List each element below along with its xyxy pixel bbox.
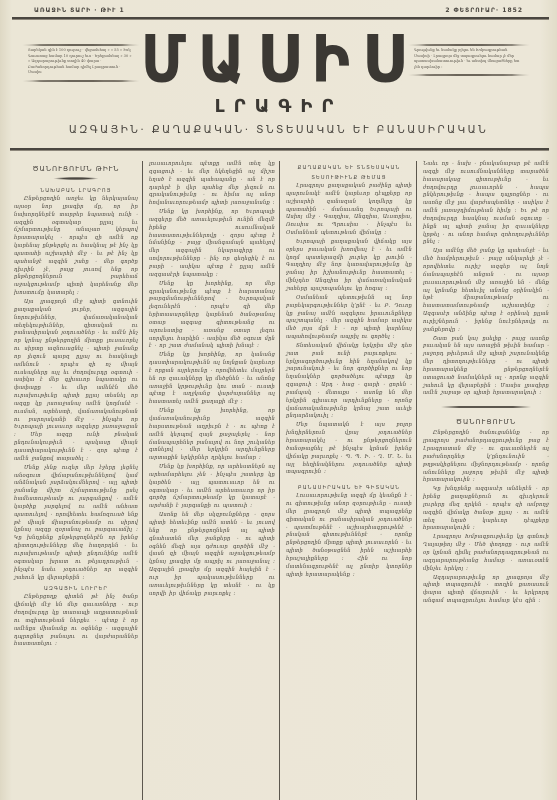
section-heading: ԲԱՆԱՍԻՐԱԿԱՆ ԵՒ ԳԻՏԱԿԱՆ xyxy=(286,485,412,491)
section-heading: ԾԱՆՈՒՑՈՒՄՆ ԹԻՒՆ xyxy=(14,165,138,173)
article-paragraph: Լրագրոյս քաղաքական բաժինը պիտի պարունակէ… xyxy=(286,183,412,238)
article-paragraph: Մենք կը խորհինք, որ Եւրոպայի ազգերը մեծ … xyxy=(149,209,275,280)
article-paragraph: Ասոնք են մեր սկզբունքները · զորս պիտի հե… xyxy=(149,512,275,598)
top-rule-divider xyxy=(12,17,549,20)
newspaper-tagline: ԱԶԳԱՅԻՆ· ՔԱՂԱՔԱԿԱՆ· ՏՆՏԵՍԱԿԱՆ ԵՒ ԲԱՆԱՍԻՐ… xyxy=(0,124,557,136)
column-4: Նաեւ որ · նախ · բնականաբար թէ ամէն ազգի … xyxy=(419,155,553,800)
column-3: ՔԱՂԱՔԱԿԱՆ ԵՒ ՏՆՏԵՍԱԿԱՆ ՏԵՍՈՒԹԻՒՆՔ ԹԵՄԱՑ … xyxy=(282,155,416,800)
ornament-divider xyxy=(53,177,99,180)
masthead-rule-divider xyxy=(10,148,549,151)
article-paragraph: Մենք չենք ուզեր մեր էջերը լեցնել անօգուտ… xyxy=(14,465,138,583)
article-paragraph: Ընթերցողք գիտեն թէ ինչ ծանր վիճակի մէջ ե… xyxy=(14,594,138,649)
column-2: լուսաւորուելու պէտքը ամէն տեղ կը զգացուի… xyxy=(145,155,279,800)
article-heading: ՏԵՍՈՒԹԻՒՆՔ ԹԵՄԱՑ xyxy=(286,175,412,181)
article-paragraph: Ընթերցողին առջեւ կը ներկայանայ այսօր նոր… xyxy=(14,196,138,298)
column-divider xyxy=(416,161,417,800)
article-paragraph: Կը խնդրենք ազգասէր անձերէն · որ իրենց քա… xyxy=(423,486,549,533)
column-1: ԾԱՆՈՒՑՈՒՄՆ ԹԻՒՆ ՆԱԽԱԲԱՆ ԼՐԱԳՐՈՅ Ընթերցող… xyxy=(10,155,142,800)
section-divider xyxy=(441,406,531,408)
article-paragraph: Լրագրոյս Խմբագրութիւնը կը գտնուի Ղալաթիո… xyxy=(423,534,549,573)
article-paragraph: Այս ամէնը մեծ ջանք կը պահանջէ · եւ մեծ հ… xyxy=(423,248,549,334)
article-paragraph: Մեր նպատակն է այս բոլոր խնդիրներուն վրայ… xyxy=(286,422,412,477)
article-paragraph: Տնտեսական վիճակը երկրիս մէջ դեռ շատ բան … xyxy=(286,343,412,421)
article-paragraph: Ընթերցողին ծանուցանենք · որ լրագրոյս բաժ… xyxy=(423,430,549,485)
article-paragraph: Մենք կը խորհինք, որ կանանց դաստիարակութի… xyxy=(149,352,275,407)
article-paragraph: Ազդարարութիւնք որ լրագրոյս մէջ պիտի տպագ… xyxy=(423,575,549,606)
editorial-notice-box: Գրութիւնք եւ նամակք յղելու են Խմբագրութե… xyxy=(408,44,530,74)
article-heading: ՆԱԽԱԲԱՆ ԼՐԱԳՐՈՅ xyxy=(14,188,138,194)
article-paragraph: Մենք կը խորհինք, որ մեր գրականութիւնը պէ… xyxy=(149,281,275,352)
article-paragraph: Լուսաւորութիւնը ազգի մը կեանքն է · ու գի… xyxy=(286,493,412,579)
article-paragraph: Օսմանեան պետութիւնն ալ նոր բարեկարգութիւ… xyxy=(286,295,412,342)
article-paragraph: Եւրոպայի քաղաքական վիճակը այս օրերս բաւա… xyxy=(286,239,412,294)
article-paragraph: Մենք կը խորհինք, որ վաճառականութիւնը ազգ… xyxy=(149,408,275,463)
columns-area: ԾԱՆՈՒՑՈՒՄՆ ԹԻՒՆ ՆԱԽԱԲԱՆ ԼՐԱԳՐՈՅ Ընթերցող… xyxy=(8,155,553,800)
top-info-line: ԱՌԱՋԻՆ ՏԱՐԻ · ԹԻՒ 1 2 ՓԵՏՐՈՒԱՐ· 1852 xyxy=(30,4,527,16)
section-heading: ԾԱՆՈՒՑՈՒՄՆ xyxy=(423,418,549,426)
issue-date: 2 ՓԵՏՐՈՒԱՐ· 1852 xyxy=(445,7,523,14)
issue-number: ԱՌԱՋԻՆ ՏԱՐԻ · ԹԻՒ 1 xyxy=(34,7,125,14)
article-paragraph: Այս լրագրոյն մէջ պիտի գտնուին քաղաքական … xyxy=(14,299,138,464)
article-paragraph: լուսաւորուելու պէտքը ամէն տեղ կը զգացուի… xyxy=(149,161,275,208)
newspaper-subtitle: ԼՐԱԳԻՐ xyxy=(0,96,557,117)
article-paragraph: Նաեւ որ · նախ · բնականաբար թէ ամէն ազգի … xyxy=(423,161,549,247)
article-heading: ԱԶԳԱՅԻՆ ԼՈՒՐԵՐ xyxy=(14,586,138,592)
newspaper-page: ԱՌԱՋԻՆ ՏԱՐԻ · ԹԻՒ 1 2 ՓԵՏՐՈՒԱՐ· 1852 Տար… xyxy=(0,0,557,800)
section-heading: ՔԱՂԱՔԱԿԱՆ ԵՒ ՏՆՏԵՍԱԿԱՆ xyxy=(286,165,412,171)
article-paragraph: Շատ բան կայ ըսելիք · բայց ասոնք բաւական … xyxy=(423,336,549,399)
article-paragraph: Մենք կը խորհինք, որ արհեստներն ալ արհամա… xyxy=(149,464,275,511)
column-divider xyxy=(279,161,280,800)
masthead: Տարեկան գին է 100 ղուրուշ · վեցամսեայ » … xyxy=(0,22,557,152)
column-divider xyxy=(142,161,143,800)
